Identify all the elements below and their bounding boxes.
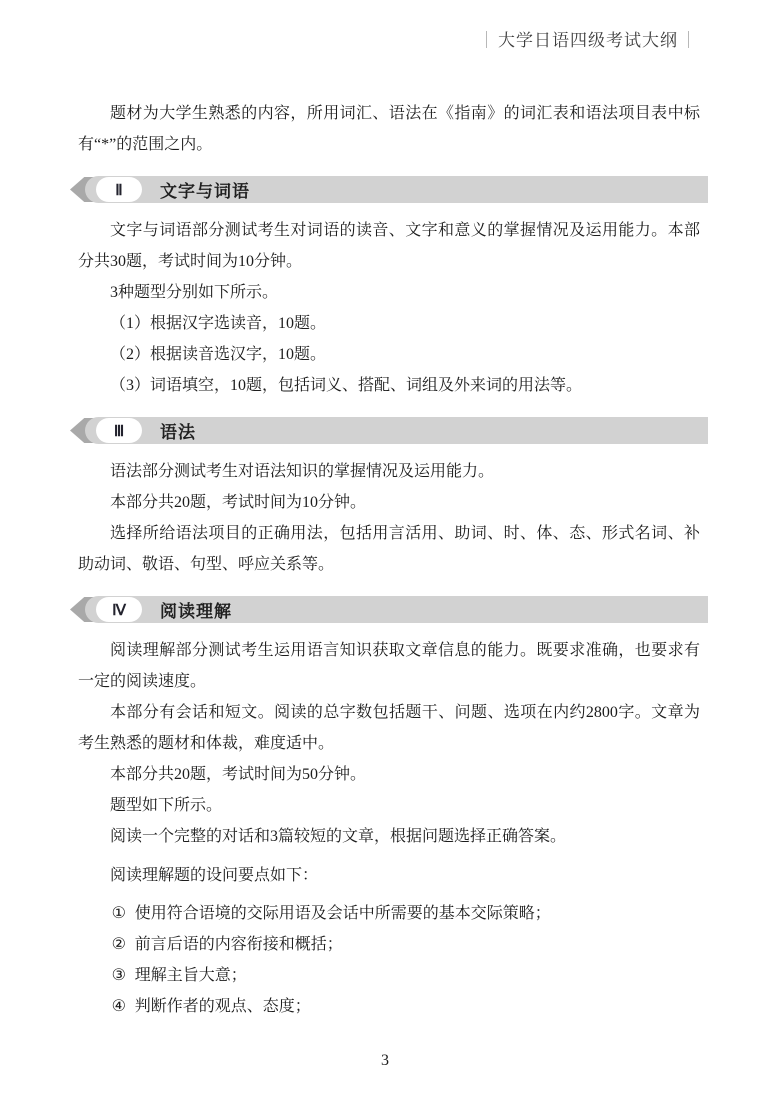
paragraph: 阅读一个完整的对话和3篇较短的文章，根据问题选择正确答案。	[78, 821, 700, 852]
reading-question-points-list: ①使用符合语境的交际用语及会话中所需要的基本交际策略； ②前言后语的内容衔接和概…	[78, 898, 700, 1022]
circled-number-1: ①	[112, 905, 126, 922]
section-title: 语法	[160, 417, 196, 444]
list-item-circled: ②前言后语的内容衔接和概括；	[78, 929, 700, 960]
list-item-text: 使用符合语境的交际用语及会话中所需要的基本交际策略；	[135, 905, 551, 922]
list-item-text: 理解主旨大意；	[135, 967, 247, 984]
section-numeral-badge: Ⅳ	[96, 597, 142, 622]
list-item-text: 判断作者的观点、态度；	[135, 998, 311, 1015]
paragraph: 语法部分测试考生对语法知识的掌握情况及运用能力。	[78, 456, 700, 487]
paragraph: 阅读理解题的设问要点如下：	[78, 860, 700, 891]
section-numeral-badge: Ⅱ	[96, 177, 142, 202]
header-title: 大学日语四级考试大纲	[498, 31, 678, 50]
list-item-text: 前言后语的内容衔接和概括；	[135, 936, 343, 953]
section-header-yufa: Ⅲ 语法	[70, 417, 700, 444]
section-title: 阅读理解	[160, 596, 232, 623]
list-item-circled: ③理解主旨大意；	[78, 960, 700, 991]
paragraph: 选择所给语法项目的正确用法，包括用言活用、助词、时、体、态、形式名词、补助动词、…	[78, 518, 700, 580]
list-item-circled: ④判断作者的观点、态度；	[78, 991, 700, 1022]
list-item-circled: ①使用符合语境的交际用语及会话中所需要的基本交际策略；	[78, 898, 700, 929]
paragraph: 文字与词语部分测试考生对词语的读音、文字和意义的掌握情况及运用能力。本部分共30…	[78, 215, 700, 277]
list-item-numbered: （2）根据读音选汉字，10题。	[78, 339, 700, 370]
paragraph: 题型如下所示。	[78, 790, 700, 821]
paragraph: 阅读理解部分测试考生运用语言知识获取文章信息的能力。既要求准确，也要求有一定的阅…	[78, 635, 700, 697]
header-right-bar: ｜	[678, 31, 700, 50]
list-item-numbered: （1）根据汉字选读音，10题。	[78, 308, 700, 339]
circled-number-4: ④	[112, 998, 126, 1015]
list-item-numbered: （3）词语填空，10题，包括词义、搭配、词组及外来词的用法等。	[78, 370, 700, 401]
document-page: ｜大学日语四级考试大纲｜ 题材为大学生熟悉的内容，所用词汇、语法在《指南》的词汇…	[0, 0, 770, 1100]
section-header-yuedu-lijie: Ⅳ 阅读理解	[70, 596, 700, 623]
paragraph: 本部分共20题，考试时间为50分钟。	[78, 759, 700, 790]
paragraph: 本部分共20题，考试时间为10分钟。	[78, 487, 700, 518]
paragraph: 3种题型分别如下所示。	[78, 277, 700, 308]
section-header-wenzi-yu-ciyu: Ⅱ 文字与词语	[70, 176, 700, 203]
circled-number-2: ②	[112, 936, 126, 953]
header-left-bar: ｜	[476, 31, 498, 50]
intro-block: 题材为大学生熟悉的内容，所用词汇、语法在《指南》的词汇表和语法项目表中标有“*”…	[78, 98, 700, 160]
page-number: 3	[0, 1052, 770, 1070]
intro-paragraph: 题材为大学生熟悉的内容，所用词汇、语法在《指南》的词汇表和语法项目表中标有“*”…	[78, 98, 700, 160]
running-header: ｜大学日语四级考试大纲｜	[78, 30, 700, 52]
circled-number-3: ③	[112, 967, 126, 984]
section-title: 文字与词语	[160, 176, 250, 203]
section-numeral-badge: Ⅲ	[96, 418, 142, 443]
paragraph: 本部分有会话和短文。阅读的总字数包括题干、问题、选项在内约2800字。文章为考生…	[78, 697, 700, 759]
